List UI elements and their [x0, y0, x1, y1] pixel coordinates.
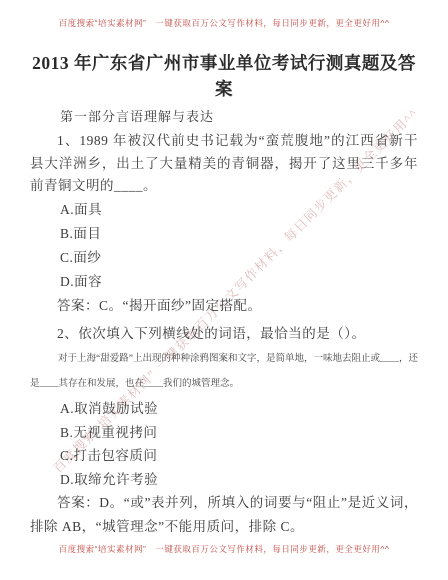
- question-2-option-b: B.无视重视拷问: [30, 421, 418, 445]
- question-1-answer: 答案：C。“揭开面纱”固定搭配。: [30, 294, 418, 318]
- header-promo-text: 百度搜索“培实素材网” 一键获取百万公文写作材料，每日同步更新，更全更好用^^: [30, 0, 418, 28]
- question-2-option-c: C.打击包容质问: [30, 444, 418, 468]
- question-1-option-b: B.面目: [30, 222, 418, 246]
- footer-promo-text: 百度搜索“培实素材网” 一键获取百万公文写作材料，每日同步更新，更全更好用^^: [30, 545, 418, 554]
- document-page: 百度搜索“培实素材网” 一键获取百万公文写作材料，每日同步更新，更全更好用^^ …: [0, 0, 448, 580]
- question-2-stem: 2、依次填入下列横线处的词语，最恰当的是（）。: [30, 323, 418, 346]
- question-2-answer: 答案：D。“或”表并列，所填入的词要与“阻止”是近义词，排除 AB，“城管理念”…: [30, 491, 418, 539]
- question-2-option-a: A.取消鼓励试验: [30, 397, 418, 421]
- document-content: 百度搜索“培实素材网” 一键获取百万公文写作材料，每日同步更新，更全更好用^^ …: [0, 0, 448, 554]
- question-1-option-c: C.面纱: [30, 246, 418, 270]
- question-2-option-d: D.取缔允许考验: [30, 468, 418, 492]
- question-1-option-d: D.面容: [30, 270, 418, 294]
- question-2-passage: 对于上海“甜爱路”上出现的种种涂鸦图案和文字，是简单地，一味地去阻止或____，…: [30, 347, 418, 397]
- question-1-option-a: A.面具: [30, 198, 418, 222]
- section-heading: 第一部分言语理解与表达: [30, 108, 418, 125]
- question-1-stem: 1、1989 年被汉代前史书记载为“蛮荒腹地”的江西省新干县大洋洲乡，出土了大量…: [30, 130, 418, 198]
- page-title: 2013 年广东省广州市事业单位考试行测真题及答案: [30, 50, 418, 102]
